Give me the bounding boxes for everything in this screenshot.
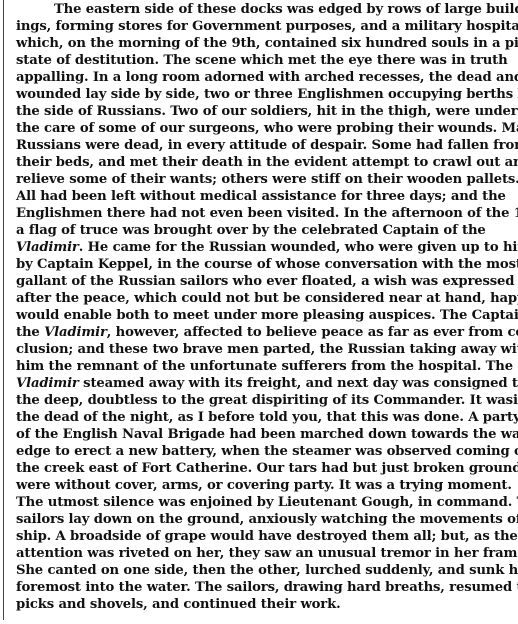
- text-line: their beds, and met their death in the e…: [16, 154, 482, 171]
- text-line: ings, forming stores for Government purp…: [16, 18, 482, 35]
- text-line: of the English Naval Brigade had been ma…: [16, 426, 482, 443]
- text-line: after the peace, which could not but be …: [16, 290, 482, 307]
- text-line: Russians were dead, in every attitude of…: [16, 137, 482, 154]
- text-line: foremost into the water. The sailors, dr…: [16, 579, 482, 596]
- text-line: would enable both to meet under more ple…: [16, 307, 482, 324]
- text-line: All had been left without medical assist…: [16, 188, 482, 205]
- text-line: were without cover, arms, or covering pa…: [16, 477, 482, 494]
- text-line: relieve some of their wants; others were…: [16, 171, 482, 188]
- text-line: the creek east of Fort Catherine. Our ta…: [16, 460, 482, 477]
- text-line: The utmost silence was enjoined by Lieut…: [16, 494, 482, 511]
- ship-name: Vladimir: [16, 376, 79, 391]
- text-line: Englishmen there had not even been visit…: [16, 205, 482, 222]
- text-line: ship. A broadside of grape would have de…: [16, 528, 482, 545]
- text-line: She canted on one side, then the other, …: [16, 562, 482, 579]
- text-line: state of destitution. The scene which me…: [16, 52, 482, 69]
- text-run: , however, affected to believe peace as …: [107, 325, 518, 340]
- text-line: which, on the morning of the 9th, contai…: [16, 35, 482, 52]
- text-line: picks and shovels, and continued their w…: [16, 596, 482, 613]
- text-line: the Vladimir, however, affected to belie…: [16, 324, 482, 341]
- document-body: The eastern side of these docks was edge…: [16, 1, 482, 613]
- text-line: sailors lay down on the ground, anxiousl…: [16, 511, 482, 528]
- text-line: Vladimir. He came for the Russian wounde…: [16, 239, 482, 256]
- text-line: Vladimir steamed away with its freight, …: [16, 375, 482, 392]
- text-line: gallant of the Russian sailors who ever …: [16, 273, 482, 290]
- text-line: clusion; and these two brave men parted,…: [16, 341, 482, 358]
- text-line: the side of Russians. Two of our soldier…: [16, 103, 482, 120]
- text-line: a flag of truce was brought over by the …: [16, 222, 482, 239]
- margin-rule: [3, 0, 4, 620]
- text-run: . He came for the Russian wounded, who w…: [79, 240, 518, 255]
- text-run: steamed away with its freight, and next …: [79, 376, 518, 391]
- ship-name: Vladimir: [16, 240, 79, 255]
- text-line: him the remnant of the unfortunate suffe…: [16, 358, 482, 375]
- text-line: by Captain Keppel, in the course of whos…: [16, 256, 482, 273]
- text-run: the: [16, 325, 44, 340]
- ship-name: Vladimir: [44, 325, 107, 340]
- text-line: the dead of the night, as I before told …: [16, 409, 482, 426]
- text-line: the care of some of our surgeons, who we…: [16, 120, 482, 137]
- text-line: edge to erect a new battery, when the st…: [16, 443, 482, 460]
- text-line: appalling. In a long room adorned with a…: [16, 69, 482, 86]
- text-line: The eastern side of these docks was edge…: [16, 1, 482, 18]
- text-line: the deep, doubtless to the great dispiri…: [16, 392, 482, 409]
- text-line: attention was riveted on her, they saw a…: [16, 545, 482, 562]
- text-line: wounded lay side by side, two or three E…: [16, 86, 482, 103]
